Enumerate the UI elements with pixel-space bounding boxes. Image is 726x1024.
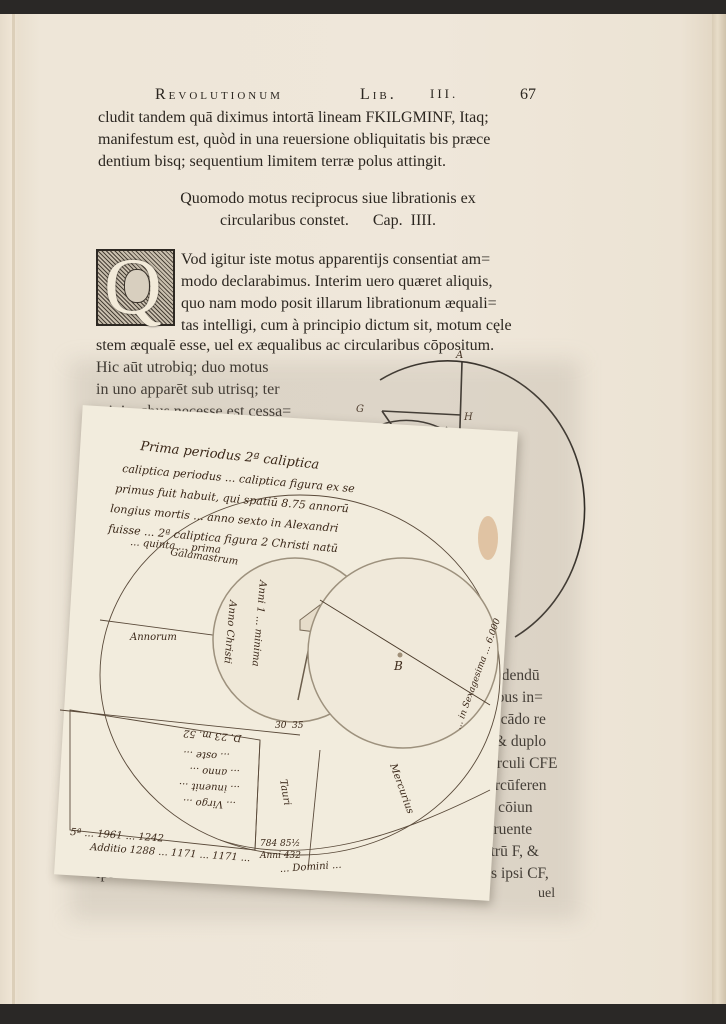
volvelle-drawing: D B Prima periodus 2ª caliptica caliptic…: [60, 410, 520, 900]
text-line: cludit tandem quā diximus intortā lineam…: [98, 108, 489, 128]
box-note: ... inuenit ...: [178, 780, 240, 794]
folio-number: 67: [520, 86, 536, 104]
bottom-note: 5ª ... 1961 ... 1242: [70, 827, 164, 845]
box-note: ... Virgo ...: [183, 796, 236, 810]
drop-cap-initial: Q: [96, 249, 175, 326]
text-line: dentium bisq; sequentium limitem terræ p…: [98, 152, 446, 172]
rim-note: Annorum: [129, 632, 177, 643]
rim-note: Mercurius: [387, 761, 416, 815]
text-line: modo declarabimus. Interim uero quæret a…: [181, 272, 492, 292]
page-gutter: [12, 14, 15, 1004]
running-head-book-number: III.: [430, 86, 458, 102]
scale-mark: 35: [292, 721, 304, 731]
bottom-note: Additio 1288 ... 1171 ... 1171 ...: [89, 842, 251, 864]
bottom-note: ... Domini ...: [279, 860, 341, 875]
box-note: ... oste ...: [183, 748, 230, 761]
text-line: manifestum est, quòd in una reuersione o…: [98, 130, 490, 150]
text-line: tas intelligi, cum à principio dictum si…: [181, 316, 512, 336]
chapter-heading-line: circularibus constet. Cap. IIII.: [96, 210, 560, 231]
chapter-heading-line: Quomodo motus reciprocus siue librationi…: [96, 188, 560, 209]
page-edge: [712, 14, 726, 1004]
bottom-note: Anni 432: [259, 851, 301, 861]
rim-note: Tauri: [277, 779, 292, 807]
text-line: Vod igitur iste motus apparentijs consen…: [181, 250, 490, 270]
scale-mark: 30: [275, 721, 287, 731]
running-head-title: Revolutionum: [155, 86, 283, 104]
stain: [478, 516, 498, 560]
drop-cap-letter: Q: [104, 247, 162, 327]
box-note: ... anno ...: [189, 765, 240, 779]
box-note: D. 23 m. 52: [183, 727, 243, 743]
outer-wheel[interactable]: B: [308, 558, 498, 748]
running-head-book: Lib.: [360, 86, 397, 104]
running-head: Revolutionum Lib. III. 67: [155, 86, 545, 106]
bottom-note: 784 85½: [260, 838, 300, 849]
svg-text:B: B: [393, 659, 403, 673]
text-line: quo nam modo posit illarum librationum æ…: [181, 294, 497, 314]
